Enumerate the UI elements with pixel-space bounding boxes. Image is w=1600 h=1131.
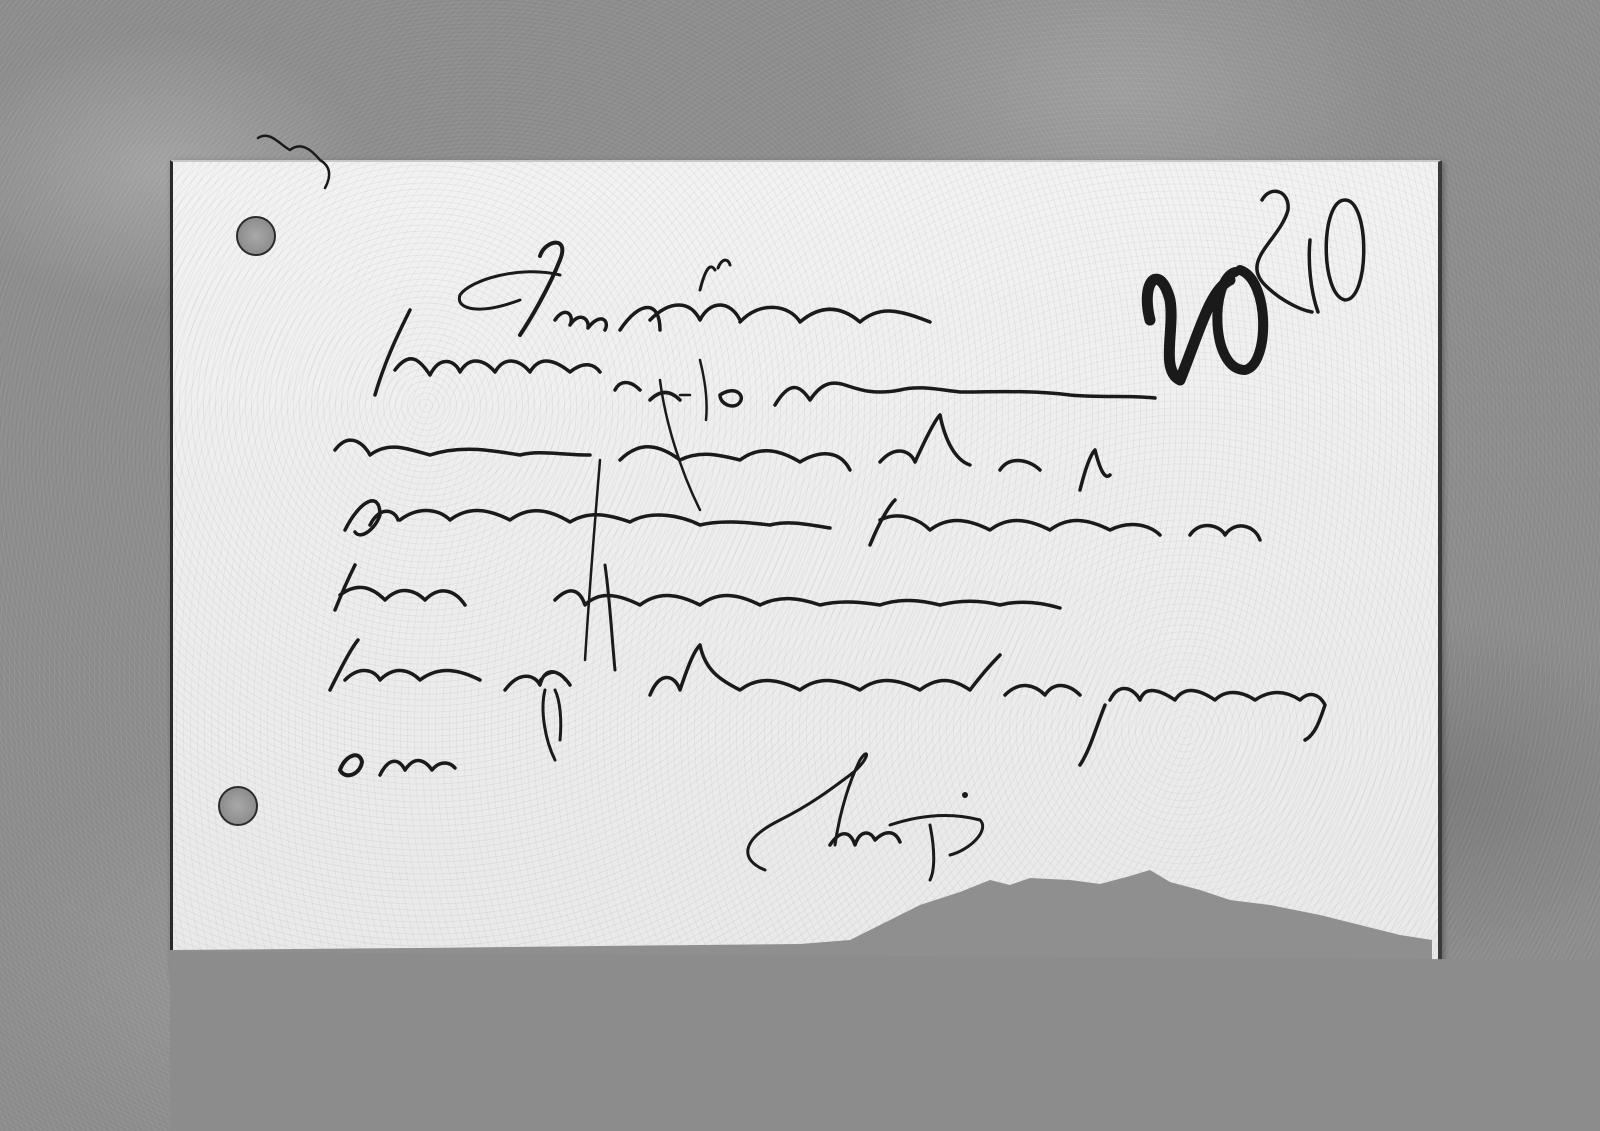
body-line-4 bbox=[335, 565, 1060, 610]
corner-squiggle bbox=[258, 136, 329, 188]
body-line-3 bbox=[345, 500, 1260, 545]
body-line-2 bbox=[335, 415, 1110, 490]
heading-line bbox=[459, 243, 930, 335]
margin-annotation bbox=[540, 360, 707, 760]
body-line-1 bbox=[375, 310, 1155, 406]
body-line-5 bbox=[330, 640, 1325, 765]
body-line-6 bbox=[340, 755, 455, 775]
handwriting bbox=[0, 0, 1600, 1131]
signature bbox=[748, 754, 983, 880]
number-2020 bbox=[1147, 191, 1363, 380]
